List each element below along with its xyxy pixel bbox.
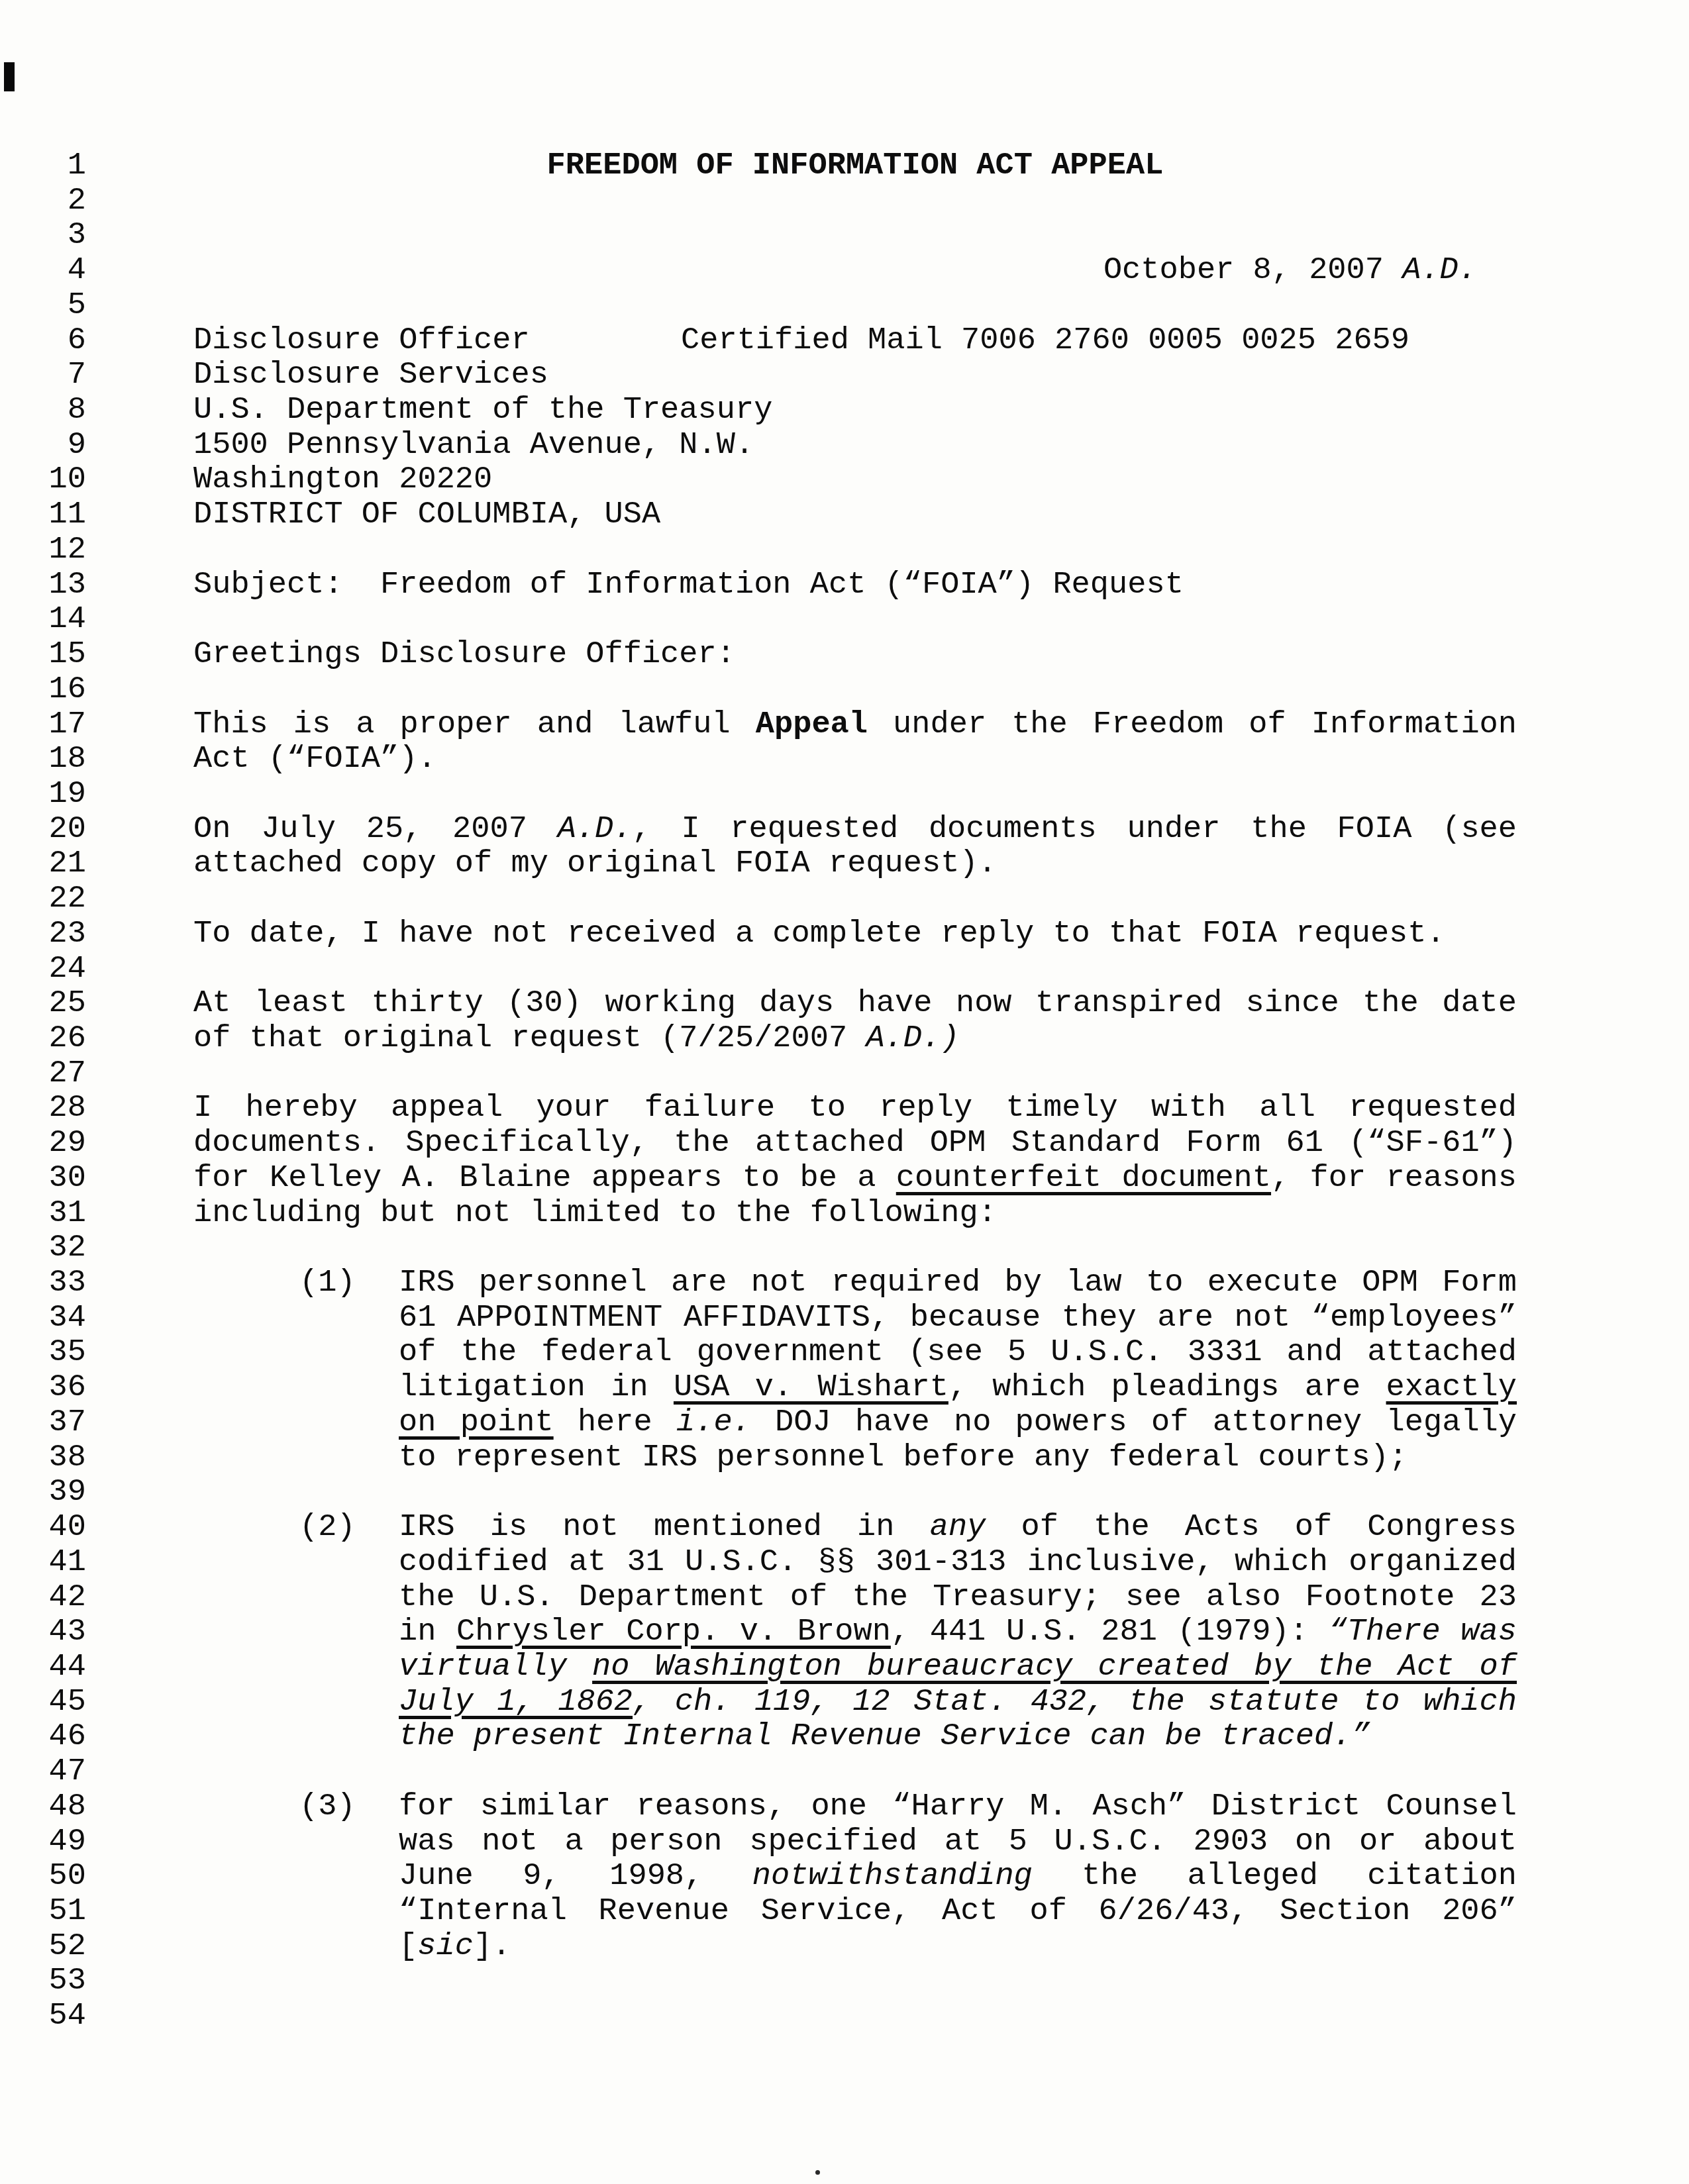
line-row: 30for Kelley A. Blaine appears to be a c… [0,1161,1689,1196]
line-number: 34 [0,1301,86,1336]
line-text: to represent IRS personnel before any fe… [399,1440,1517,1475]
line-number: 16 [0,672,86,707]
line-number: 27 [0,1056,86,1091]
line-number: 48 [0,1789,86,1824]
line-text: U.S. Department of the Treasury [193,393,1517,428]
text-segment: This is a proper and lawful [193,707,756,742]
line-number: 51 [0,1894,86,1929]
text-segment: here [554,1405,676,1440]
line-number: 28 [0,1091,86,1126]
text-segment: June 9, 1998, [399,1859,752,1894]
item-number: (1) [299,1266,356,1301]
text-segment: litigation in [399,1370,674,1405]
line-number: 38 [0,1440,86,1475]
text-segment: of that original request (7/25/2007 [193,1021,866,1056]
text-segment: the U.S. Department of the Treasury; see… [399,1580,1517,1615]
line-number: 23 [0,917,86,952]
line-text: FREEDOM OF INFORMATION ACT APPEAL [193,148,1517,183]
line-row: 28I hereby appeal your failure to reply … [0,1091,1689,1126]
text-segment: Disclosure Services [193,358,548,393]
line-text: litigation in USA v. Wishart, which plea… [399,1370,1517,1405]
line-row: 1FREEDOM OF INFORMATION ACT APPEAL [0,148,1689,183]
line-text: Disclosure OfficerCertified Mail 7006 27… [193,323,1409,358]
line-number: 49 [0,1824,86,1860]
line-number: 32 [0,1230,86,1266]
line-number: 42 [0,1580,86,1615]
line-text: attached copy of my original FOIA reques… [193,846,1517,881]
line-number: 47 [0,1754,86,1789]
line-number: 15 [0,637,86,672]
certified-mail-text: Certified Mail 7006 2760 0005 0025 2659 [681,323,1409,358]
line-number: 37 [0,1405,86,1440]
line-number: 45 [0,1685,86,1720]
line-text: Greetings Disclosure Officer: [193,637,1517,672]
text-segment: “Internal Revenue Service, Act of 6/26/4… [399,1894,1517,1929]
line-row: 91500 Pennsylvania Avenue, N.W. [0,428,1689,463]
text-segment: Act (“FOIA”). [193,742,436,777]
line-number: 6 [0,323,86,358]
line-text: virtually no Washington bureaucracy crea… [399,1650,1517,1685]
text-segment: A.D.) [866,1021,959,1056]
line-row: 49was not a person specified at 5 U.S.C.… [0,1824,1689,1860]
line-text: October 8, 2007 A.D. [193,253,1477,288]
text-segment: October 8, 2007 [1103,253,1402,288]
line-number: 29 [0,1126,86,1161]
line-row: 46the present Internal Revenue Service c… [0,1719,1689,1754]
text-segment: Greetings Disclosure Officer: [193,637,735,672]
text-segment: attached copy of my original FOIA reques… [193,846,997,881]
text-segment: I hereby appeal your failure to reply ti… [193,1091,1517,1126]
line-number: 3 [0,218,86,253]
line-number: 5 [0,288,86,323]
line-text: 61 APPOINTMENT AFFIDAVITS, because they … [399,1301,1517,1336]
line-number: 40 [0,1510,86,1545]
document-page: 1FREEDOM OF INFORMATION ACT APPEAL234Oct… [0,0,1689,2184]
line-number: 2 [0,183,86,219]
line-number: 8 [0,393,86,428]
text-segment: FREEDOM OF INFORMATION ACT APPEAL [547,148,1164,183]
line-text: of that original request (7/25/2007 A.D.… [193,1021,1517,1056]
line-row: 11DISTRICT OF COLUMBIA, USA [0,497,1689,532]
text-segment: exactly [1386,1370,1517,1405]
line-text: June 9, 1998, notwithstanding the allege… [399,1859,1517,1894]
line-row: 27 [0,1056,1689,1091]
line-text: This is a proper and lawful Appeal under… [193,707,1517,742]
text-segment: USA v. Wishart [674,1370,948,1405]
text-segment: A.D. [1402,253,1477,288]
line-text: 1500 Pennsylvania Avenue, N.W. [193,428,1517,463]
line-row: 50June 9, 1998, notwithstanding the alle… [0,1859,1689,1894]
text-segment: sic [417,1929,474,1964]
line-row: 29documents. Specifically, the attached … [0,1126,1689,1161]
line-text: To date, I have not received a complete … [193,917,1517,952]
line-row: 17This is a proper and lawful Appeal und… [0,707,1689,742]
text-segment: , 441 U.S. 281 (1979): [891,1614,1329,1650]
text-segment: of the federal government (see 5 U.S.C. … [399,1335,1517,1370]
line-row: 21attached copy of my original FOIA requ… [0,846,1689,881]
line-number: 18 [0,742,86,777]
line-row: 3461 APPOINTMENT AFFIDAVITS, because the… [0,1301,1689,1336]
line-row: 15Greetings Disclosure Officer: [0,637,1689,672]
line-text: IRS is not mentioned in any of the Acts … [399,1510,1517,1545]
line-row: 18Act (“FOIA”). [0,742,1689,777]
line-number: 4 [0,253,86,288]
line-row: 6Disclosure OfficerCertified Mail 7006 2… [0,323,1689,358]
text-segment: including but not limited to the followi… [193,1196,997,1231]
line-number: 31 [0,1196,86,1231]
text-segment: for Kelley A. Blaine appears to be a [193,1161,896,1196]
text-segment: for similar reasons, one “Harry M. Asch”… [399,1789,1517,1824]
line-text: Washington 20220 [193,462,1517,497]
line-row: 5 [0,288,1689,323]
text-segment: under the Freedom of Information [868,707,1517,742]
line-number: 13 [0,568,86,603]
line-text: IRS personnel are not required by law to… [399,1266,1517,1301]
line-text: DISTRICT OF COLUMBIA, USA [193,497,1517,532]
line-number: 22 [0,881,86,917]
line-number: 36 [0,1370,86,1405]
line-row: 41codified at 31 U.S.C. §§ 301-313 inclu… [0,1545,1689,1580]
line-number: 25 [0,986,86,1021]
line-text: for similar reasons, one “Harry M. Asch”… [399,1789,1517,1824]
line-row: 10Washington 20220 [0,462,1689,497]
line-row: 48(3)for similar reasons, one “Harry M. … [0,1789,1689,1824]
line-row: 35of the federal government (see 5 U.S.C… [0,1335,1689,1370]
line-row: 31including but not limited to the follo… [0,1196,1689,1231]
text-segment: [ [399,1929,417,1964]
line-number: 17 [0,707,86,742]
line-row: 40(2)IRS is not mentioned in any of the … [0,1510,1689,1545]
text-segment: to represent IRS personnel before any fe… [399,1440,1407,1475]
line-row: 23To date, I have not received a complet… [0,917,1689,952]
text-segment: ]. [474,1929,511,1964]
line-row: 39 [0,1475,1689,1510]
text-segment: 1500 Pennsylvania Avenue, N.W. [193,428,754,463]
text-segment: 61 APPOINTMENT AFFIDAVITS, because they … [399,1301,1517,1336]
line-number: 33 [0,1266,86,1301]
line-text: At least thirty (30) working days have n… [193,986,1517,1021]
text-segment: Chrysler Corp. v. Brown [456,1614,891,1650]
text-segment: notwithstanding [752,1859,1033,1894]
text-segment: DOJ have no powers of attorney legally [751,1405,1517,1440]
line-row: 4October 8, 2007 A.D. [0,253,1689,288]
line-row: 13Subject: Freedom of Information Act (“… [0,568,1689,603]
line-number: 21 [0,846,86,881]
line-row: 19 [0,777,1689,812]
line-text: July 1, 1862, ch. 119, 12 Stat. 432, the… [399,1685,1517,1720]
text-segment: the present Internal Revenue Service can… [399,1719,1370,1754]
text-segment: DISTRICT OF COLUMBIA, USA [193,497,660,532]
text-segment: At least thirty (30) working days have n… [193,986,1517,1021]
line-row: 16 [0,672,1689,707]
line-row: 20On July 25, 2007 A.D., I requested doc… [0,812,1689,847]
line-row: 7Disclosure Services [0,358,1689,393]
line-text: Disclosure Services [193,358,1517,393]
line-text: codified at 31 U.S.C. §§ 301-313 inclusi… [399,1545,1517,1580]
text-segment: i.e. [676,1405,751,1440]
line-text: “Internal Revenue Service, Act of 6/26/4… [399,1894,1517,1929]
line-number: 44 [0,1650,86,1685]
line-number: 19 [0,777,86,812]
line-number: 46 [0,1719,86,1754]
line-number: 10 [0,462,86,497]
text-segment: , which pleadings are [948,1370,1386,1405]
scan-speck [815,2170,820,2175]
addressee-text: Disclosure Officer [193,323,530,358]
text-segment: the alleged citation [1033,1859,1517,1894]
text-segment: “There was [1329,1614,1517,1650]
line-number: 50 [0,1859,86,1894]
line-text: the U.S. Department of the Treasury; see… [399,1580,1517,1615]
text-segment: A.D. [558,812,633,847]
line-row: 32 [0,1230,1689,1266]
text-segment: documents. Specifically, the attached OP… [193,1126,1517,1161]
line-text: including but not limited to the followi… [193,1196,1517,1231]
line-number: 11 [0,497,86,532]
line-number: 20 [0,812,86,847]
line-number: 26 [0,1021,86,1056]
line-text: [sic]. [399,1929,1517,1964]
line-number: 43 [0,1614,86,1650]
line-row: 14 [0,602,1689,637]
line-text: Subject: Freedom of Information Act (“FO… [193,568,1517,603]
line-row: 26of that original request (7/25/2007 A.… [0,1021,1689,1056]
text-segment: Appeal [756,707,868,742]
scan-edge-artifact [4,62,15,91]
text-segment: any [930,1510,986,1545]
line-number: 35 [0,1335,86,1370]
line-row: 37on point here i.e. DOJ have no powers … [0,1405,1689,1440]
text-segment: July 1, 1862 [399,1685,633,1720]
text-segment: on point [399,1405,554,1440]
text-segment: Subject: Freedom of Information Act (“FO… [193,568,1184,603]
text-segment: was not a person specified at 5 U.S.C. 2… [399,1824,1517,1860]
line-number: 53 [0,1963,86,1999]
line-text: the present Internal Revenue Service can… [399,1719,1517,1754]
line-row: 47 [0,1754,1689,1789]
text-segment: virtually [399,1650,592,1685]
line-row: 53 [0,1963,1689,1999]
text-segment: , ch. 119, 12 Stat. 432, the statute to … [633,1685,1517,1720]
line-text: documents. Specifically, the attached OP… [193,1126,1517,1161]
text-segment: IRS is not mentioned in [399,1510,930,1545]
line-row: 33(1)IRS personnel are not required by l… [0,1266,1689,1301]
line-row: 22 [0,881,1689,917]
text-segment: codified at 31 U.S.C. §§ 301-313 inclusi… [399,1545,1517,1580]
line-number: 14 [0,602,86,637]
line-text: On July 25, 2007 A.D., I requested docum… [193,812,1517,847]
line-number: 24 [0,952,86,987]
line-number: 39 [0,1475,86,1510]
line-text: for Kelley A. Blaine appears to be a cou… [193,1161,1517,1196]
line-text: was not a person specified at 5 U.S.C. 2… [399,1824,1517,1860]
text-segment: of the Acts of Congress [986,1510,1517,1545]
line-text: on point here i.e. DOJ have no powers of… [399,1405,1517,1440]
text-segment: counterfeit document [896,1161,1271,1196]
line-number: 1 [0,148,86,183]
text-segment: IRS personnel are not required by law to… [399,1266,1517,1301]
line-row: 52[sic]. [0,1929,1689,1964]
text-segment: , I requested documents under the FOIA (… [632,812,1517,847]
line-text: Act (“FOIA”). [193,742,1517,777]
line-text: in Chrysler Corp. v. Brown, 441 U.S. 281… [399,1614,1517,1650]
line-number: 9 [0,428,86,463]
line-row: 12 [0,532,1689,568]
line-number: 30 [0,1161,86,1196]
text-segment: U.S. Department of the Treasury [193,393,772,428]
text-segment: no Washington bureaucracy created by the… [592,1650,1517,1685]
line-row: 51“Internal Revenue Service, Act of 6/26… [0,1894,1689,1929]
line-row: 38to represent IRS personnel before any … [0,1440,1689,1475]
line-text: of the federal government (see 5 U.S.C. … [399,1335,1517,1370]
text-segment: Washington 20220 [193,462,492,497]
text-segment: in [399,1614,456,1650]
line-row: 24 [0,952,1689,987]
line-row: 54 [0,1999,1689,2034]
text-segment: On July 25, 2007 [193,812,558,847]
item-number: (2) [299,1510,356,1545]
text-segment: , for reasons [1271,1161,1517,1196]
line-row: 43in Chrysler Corp. v. Brown, 441 U.S. 2… [0,1614,1689,1650]
line-number: 52 [0,1929,86,1964]
text-segment: To date, I have not received a complete … [193,917,1445,952]
line-row: 44virtually no Washington bureaucracy cr… [0,1650,1689,1685]
line-row: 36litigation in USA v. Wishart, which pl… [0,1370,1689,1405]
line-number: 41 [0,1545,86,1580]
line-number: 54 [0,1999,86,2034]
item-number: (3) [299,1789,356,1824]
line-text: I hereby appeal your failure to reply ti… [193,1091,1517,1126]
line-row: 3 [0,218,1689,253]
line-row: 42the U.S. Department of the Treasury; s… [0,1580,1689,1615]
line-number: 7 [0,358,86,393]
line-row: 45July 1, 1862, ch. 119, 12 Stat. 432, t… [0,1685,1689,1720]
line-row: 25At least thirty (30) working days have… [0,986,1689,1021]
line-row: 8U.S. Department of the Treasury [0,393,1689,428]
line-row: 2 [0,183,1689,219]
line-number: 12 [0,532,86,568]
